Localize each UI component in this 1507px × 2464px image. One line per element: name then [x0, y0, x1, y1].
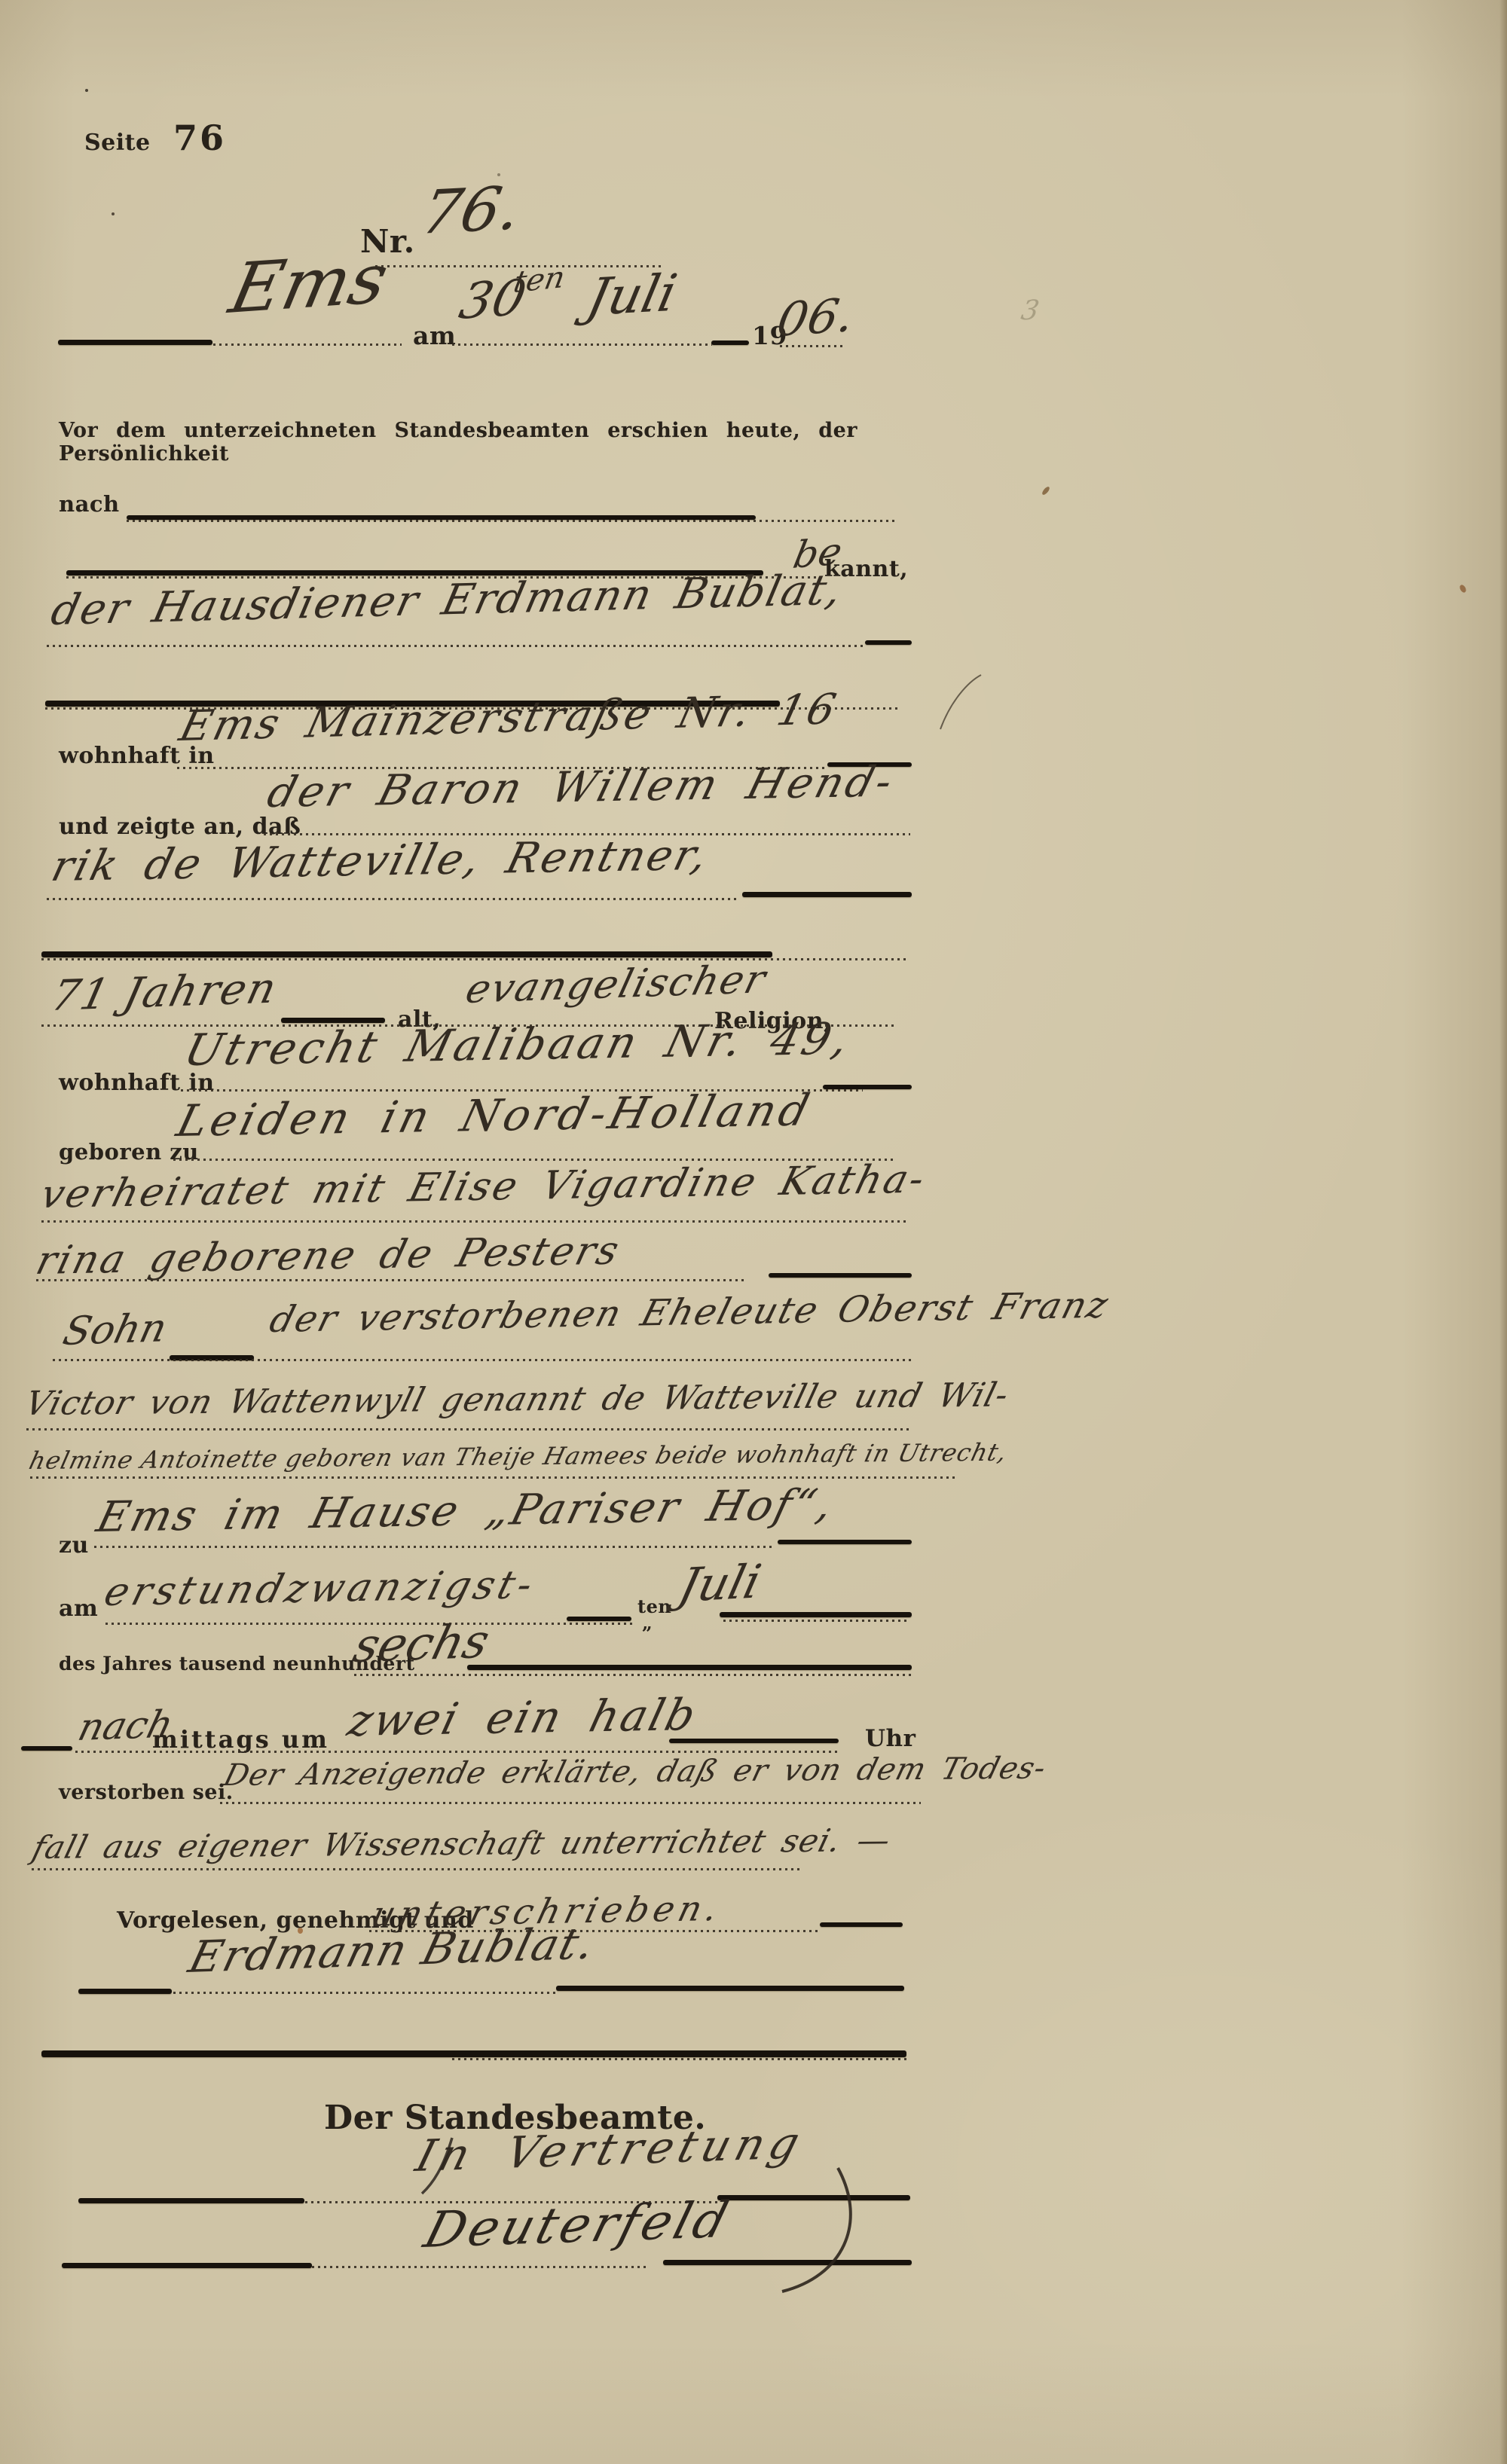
- record-day-suffix-handwritten: ten: [511, 260, 567, 300]
- record-place-handwritten: Ems: [223, 238, 395, 329]
- paper-speck: [1041, 486, 1051, 496]
- time-value-handwritten: zwei ein halb: [343, 1689, 703, 1746]
- fill-in-line-dotted: [32, 1868, 800, 1870]
- birthplace-handwritten: Leiden in Nord-Holland: [172, 1084, 818, 1147]
- age-handwritten: 71 Jahren: [47, 964, 283, 1021]
- fill-in-line-dotted: [127, 520, 895, 522]
- fill-in-line-dotted: [94, 1546, 772, 1548]
- ditto-mark: „: [642, 1612, 653, 1634]
- paper-speck: [497, 173, 500, 176]
- registrar-signature: Deuterfeld: [418, 2191, 737, 2259]
- parents-line3-handwritten: helmine Antoinette geboren van Theije Ha…: [26, 1438, 1010, 1475]
- form-intro-line: Vor dem unterzeichneten Standesbeamten e…: [59, 419, 857, 466]
- fill-in-line-dotted: [53, 1359, 912, 1361]
- fill-in-line-solid: [769, 1273, 912, 1278]
- section-rule: [41, 2050, 906, 2057]
- mittags-um-label: mittags um: [152, 1725, 329, 1754]
- paper-speck: [112, 212, 115, 215]
- parents-line1-handwritten: der verstorbenen Eheleute Oberst Franz: [265, 1284, 1114, 1341]
- scan-edge-shadow: [1499, 0, 1507, 2464]
- fill-in-line-solid: [467, 1665, 912, 1670]
- fill-in-line-solid: [742, 892, 912, 897]
- fill-in-line-dotted: [41, 958, 908, 960]
- declarant-residence-handwritten: Ems Mainzerstraße Nr. 16: [175, 685, 842, 751]
- religion-handwritten: evangelischer: [461, 957, 772, 1012]
- fill-in-line-solid: [720, 1612, 912, 1617]
- page-side-label: Seite: [84, 130, 151, 156]
- fill-in-line-solid: [711, 340, 749, 345]
- fill-in-line-solid: [865, 640, 912, 645]
- fill-in-line-dotted: [354, 1674, 912, 1676]
- marriage-line1-handwritten: verheiratet mit Elise Vigardine Katha-: [36, 1157, 931, 1217]
- statement-line1-handwritten: Der Anzeigende erklärte, daß er von dem …: [220, 1751, 1050, 1793]
- paper-speck: [1459, 584, 1468, 594]
- died-label: verstorben sei.: [59, 1781, 234, 1804]
- fill-in-line-dotted: [41, 1220, 908, 1223]
- fill-in-line-solid: [717, 2195, 910, 2200]
- page-number: 76: [173, 118, 226, 158]
- death-place-handwritten: Ems im Hause „Pariser Hof“,: [92, 1480, 839, 1542]
- fill-in-line-solid: [78, 2198, 304, 2203]
- deceased-residence-handwritten: Utrecht Malibaan Nr. 49,: [179, 1013, 857, 1076]
- fill-in-line-solid: [567, 1617, 631, 1621]
- fill-in-line-dotted: [220, 1802, 921, 1804]
- death-day-handwritten: erstundzwanzigst-: [99, 1562, 541, 1615]
- scanned-death-record-page: Seite 76 Nr. 76. Ems am 30 ten Juli 19 0…: [0, 0, 1507, 2464]
- stray-pencil-mark: 3: [1019, 295, 1041, 326]
- fill-in-line-solid: [820, 1922, 903, 1927]
- section-rule-dotted: [452, 2058, 907, 2060]
- fill-in-line-dotted: [452, 343, 712, 346]
- paper-speck: [85, 89, 88, 92]
- stray-pen-stroke: [940, 675, 981, 729]
- fill-in-line-dotted: [75, 1751, 838, 1753]
- fill-in-line-solid: [663, 2260, 912, 2265]
- fill-in-line-dotted: [47, 898, 740, 900]
- nach-label: nach: [59, 491, 120, 517]
- paper-speck: [298, 1928, 303, 1934]
- fill-in-line-dotted: [723, 1620, 910, 1622]
- fill-in-line-dotted: [780, 345, 846, 347]
- fill-in-line-solid: [21, 1746, 72, 1751]
- ink-flourishes: [0, 0, 1507, 2464]
- deceased-name-line1-handwritten: der Baron Willem Hend-: [262, 758, 900, 817]
- fill-in-line-dotted: [173, 1992, 558, 1994]
- record-month-handwritten: Juli: [582, 264, 682, 328]
- fill-in-line-dotted: [312, 2266, 650, 2268]
- parents-line2-handwritten: Victor von Wattenwyll genannt de Wattevi…: [21, 1376, 1013, 1423]
- uhr-label: Uhr: [865, 1725, 916, 1752]
- fill-in-line-solid: [669, 1739, 839, 1743]
- fill-in-line-solid: [62, 2263, 312, 2268]
- fill-in-line-solid: [41, 951, 772, 957]
- fill-in-line-solid: [78, 1989, 172, 1994]
- statement-line2-handwritten: fall aus eigener Wissenschaft unterricht…: [29, 1821, 895, 1866]
- signature-flourish: [782, 2168, 851, 2291]
- fill-in-line-solid: [823, 1085, 912, 1089]
- am-label-2: am: [59, 1595, 98, 1622]
- fill-in-line-dotted: [26, 1428, 912, 1430]
- announce-label: und zeigte an, daß: [59, 814, 301, 840]
- fill-in-line-dotted: [47, 645, 864, 647]
- fill-in-line-solid: [58, 340, 212, 345]
- fill-in-line-dotted: [213, 343, 402, 346]
- son-handwritten: Sohn: [59, 1305, 171, 1354]
- year-handwritten: 06.: [773, 287, 858, 347]
- fill-in-line-dotted: [30, 1476, 958, 1479]
- record-number-handwritten: 76.: [416, 173, 527, 248]
- fill-in-line-solid: [778, 1540, 912, 1544]
- death-month-handwritten: Juli: [674, 1554, 766, 1613]
- fill-in-line-dotted: [36, 1279, 744, 1281]
- am-label: am: [413, 321, 456, 350]
- marriage-line2-handwritten: rina geborene de Pesters: [32, 1229, 625, 1284]
- fill-in-line-solid: [556, 1986, 904, 1991]
- zu-label: zu: [59, 1532, 89, 1559]
